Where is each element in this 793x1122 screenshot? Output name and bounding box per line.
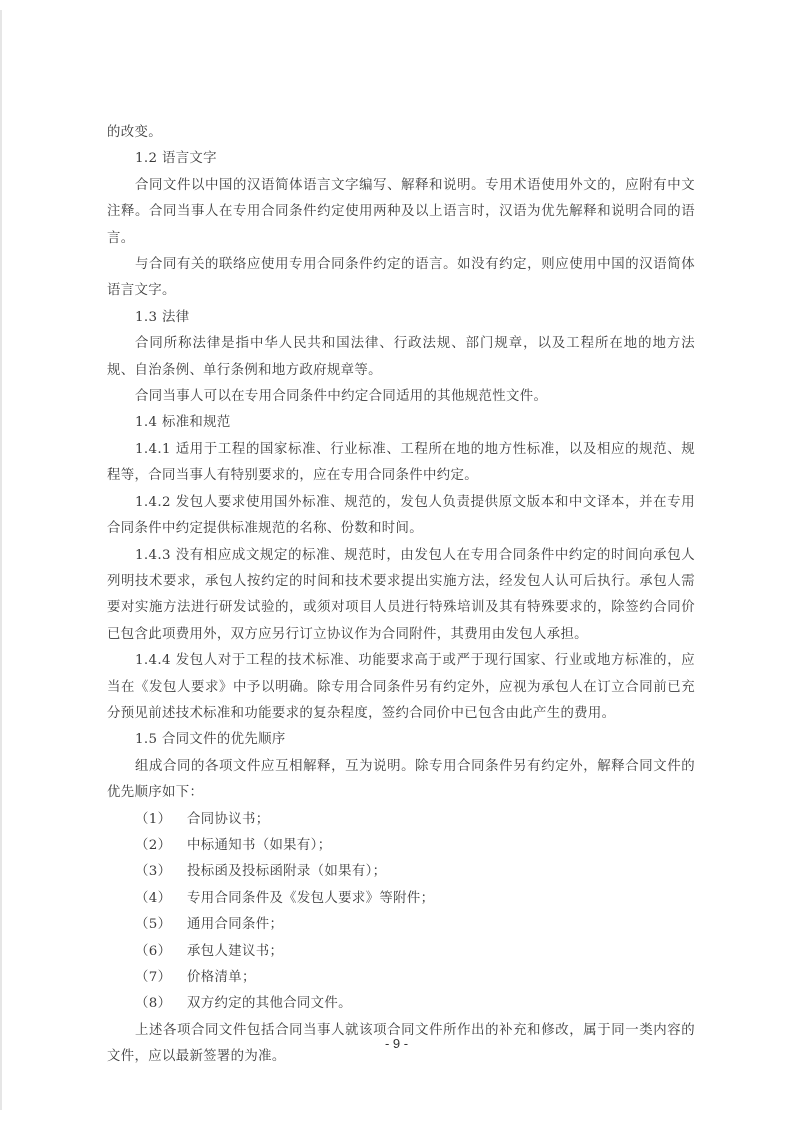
page-number: - 9 - xyxy=(0,1036,793,1051)
page-edge xyxy=(0,10,2,1110)
paragraph: 合同所称法律是指中华人民共和国法律、行政法规、部门规章，以及工程所在地的地方法规… xyxy=(107,331,695,384)
list-number: （5） xyxy=(135,912,187,938)
list-item: （1） 合同协议书； xyxy=(107,807,695,833)
list-item: （6） 承包人建议书； xyxy=(107,939,695,965)
list-item: （3） 投标函及投标函附录（如果有）； xyxy=(107,859,695,885)
list-text: 双方约定的其他合同文件。 xyxy=(187,991,352,1017)
list-number: （6） xyxy=(135,939,187,965)
list-number: （1） xyxy=(135,807,187,833)
list-number: （8） xyxy=(135,991,187,1017)
clause-1-4-3: 1.4.3 没有相应成文规定的标准、规范时，由发包人在专用合同条件中约定的时间向… xyxy=(107,543,695,649)
list-text: 专用合同条件及《发包人要求》等附件； xyxy=(187,886,434,912)
list-item: （5） 通用合同条件； xyxy=(107,912,695,938)
list-text: 中标通知书（如果有）； xyxy=(187,833,331,859)
list-text: 合同协议书； xyxy=(187,807,269,833)
list-number: （4） xyxy=(135,886,187,912)
list-text: 价格清单； xyxy=(187,965,256,991)
continuation-text: 的改变。 xyxy=(107,120,695,146)
priority-intro: 组成合同的各项文件应互相解释，互为说明。除专用合同条件另有约定外，解释合同文件的… xyxy=(107,754,695,807)
paragraph: 与合同有关的联络应使用专用合同条件约定的语言。如没有约定，则应使用中国的汉语简体… xyxy=(107,252,695,305)
clause-1-4-1: 1.4.1 适用于工程的国家标准、行业标准、工程所在地的地方性标准，以及相应的规… xyxy=(107,437,695,490)
list-text: 承包人建议书； xyxy=(187,939,283,965)
paragraph: 合同文件以中国的汉语简体语言文字编写、解释和说明。专用术语使用外文的，应附有中文… xyxy=(107,173,695,252)
list-number: （2） xyxy=(135,833,187,859)
priority-list: （1） 合同协议书； （2） 中标通知书（如果有）； （3） 投标函及投标函附录… xyxy=(107,807,695,1018)
clause-1-4-2: 1.4.2 发包人要求使用国外标准、规范的，发包人负责提供原文版本和中文译本，并… xyxy=(107,490,695,543)
list-item: （8） 双方约定的其他合同文件。 xyxy=(107,991,695,1017)
section-heading-1-5: 1.5 合同文件的优先顺序 xyxy=(107,727,695,753)
document-body: 的改变。 1.2 语言文字 合同文件以中国的汉语简体语言文字编写、解释和说明。专… xyxy=(107,120,695,1071)
list-number: （3） xyxy=(135,859,187,885)
section-heading-1-3: 1.3 法律 xyxy=(107,305,695,331)
list-item: （2） 中标通知书（如果有）； xyxy=(107,833,695,859)
section-heading-1-2: 1.2 语言文字 xyxy=(107,146,695,172)
clause-1-4-4: 1.4.4 发包人对于工程的技术标准、功能要求高于或严于现行国家、行业或地方标准… xyxy=(107,648,695,727)
list-item: （4） 专用合同条件及《发包人要求》等附件； xyxy=(107,886,695,912)
list-number: （7） xyxy=(135,965,187,991)
paragraph: 合同当事人可以在专用合同条件中约定合同适用的其他规范性文件。 xyxy=(107,384,695,410)
list-text: 通用合同条件； xyxy=(187,912,283,938)
list-text: 投标函及投标函附录（如果有）； xyxy=(187,859,386,885)
section-heading-1-4: 1.4 标准和规范 xyxy=(107,410,695,436)
list-item: （7） 价格清单； xyxy=(107,965,695,991)
